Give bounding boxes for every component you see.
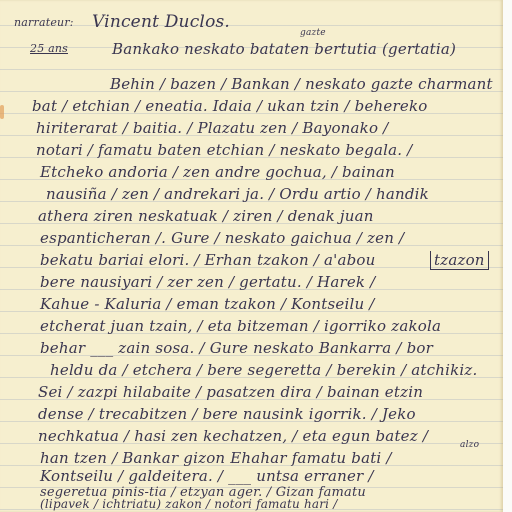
text-line: etcherat juan tzain, / eta bitzeman / ig… (40, 317, 441, 335)
text-line: bere nausiyari / zer zen / gertatu. / Ha… (40, 273, 375, 291)
story-title: Bankako neskato bataten bertutia (gertat… (112, 40, 456, 58)
text-line: Sei / zazpi hilabaite / pasatzen dira / … (38, 383, 423, 401)
text-line: dense / trecabitzen / bere nausink igorr… (38, 405, 416, 423)
title-insertion: gazte (300, 28, 326, 38)
superscript-note: alzo (460, 440, 479, 450)
text-line: bat / etchian / eneatia. Idaia / ukan tz… (32, 97, 427, 115)
narrator-label: narrateur: (14, 16, 74, 29)
page-edge (503, 0, 512, 512)
text-line: espanticheran /. Gure / neskato gaichua … (40, 229, 404, 247)
text-line: Etcheko andoria / zen andre gochua, / ba… (40, 163, 395, 181)
text-line: hiriterarat / baitia. / Plazatu zen / Ba… (36, 119, 388, 137)
boxed-word: tzazon (430, 251, 489, 270)
text-line: nausiña / zen / andrekari ja. / Ordu art… (46, 185, 429, 203)
text-line: (lipavek / ichtriatu) zakon / notori fam… (40, 497, 337, 511)
text-line: Kontseilu / galdeitera. / ___ untsa erra… (40, 467, 374, 485)
text-line: Behin / bazen / Bankan / neskato gazte c… (110, 75, 493, 93)
text-line: notari / famatu baten etchian / neskato … (36, 141, 412, 159)
text-line: behar ___ zain sosa. / Gure neskato Bank… (40, 339, 433, 357)
text-line: heldu da / etchera / bere segeretta / be… (50, 361, 477, 379)
text-line: Kahue - Kaluria / eman tzakon / Kontseil… (40, 295, 375, 313)
narrator-age: 25 ans (30, 42, 68, 55)
text-line: athera ziren neskatuak / ziren / denak j… (38, 207, 374, 225)
paper-stain (0, 105, 4, 119)
text-line: han tzen / Bankar gizon Ehahar famatu ba… (40, 449, 392, 467)
text-line: bekatu bariai elori. / Erhan tzakon / a'… (40, 251, 376, 269)
narrator-name: Vincent Duclos. (92, 12, 230, 32)
text-line: nechkatua / hasi zen kechatzen, / eta eg… (38, 427, 428, 445)
